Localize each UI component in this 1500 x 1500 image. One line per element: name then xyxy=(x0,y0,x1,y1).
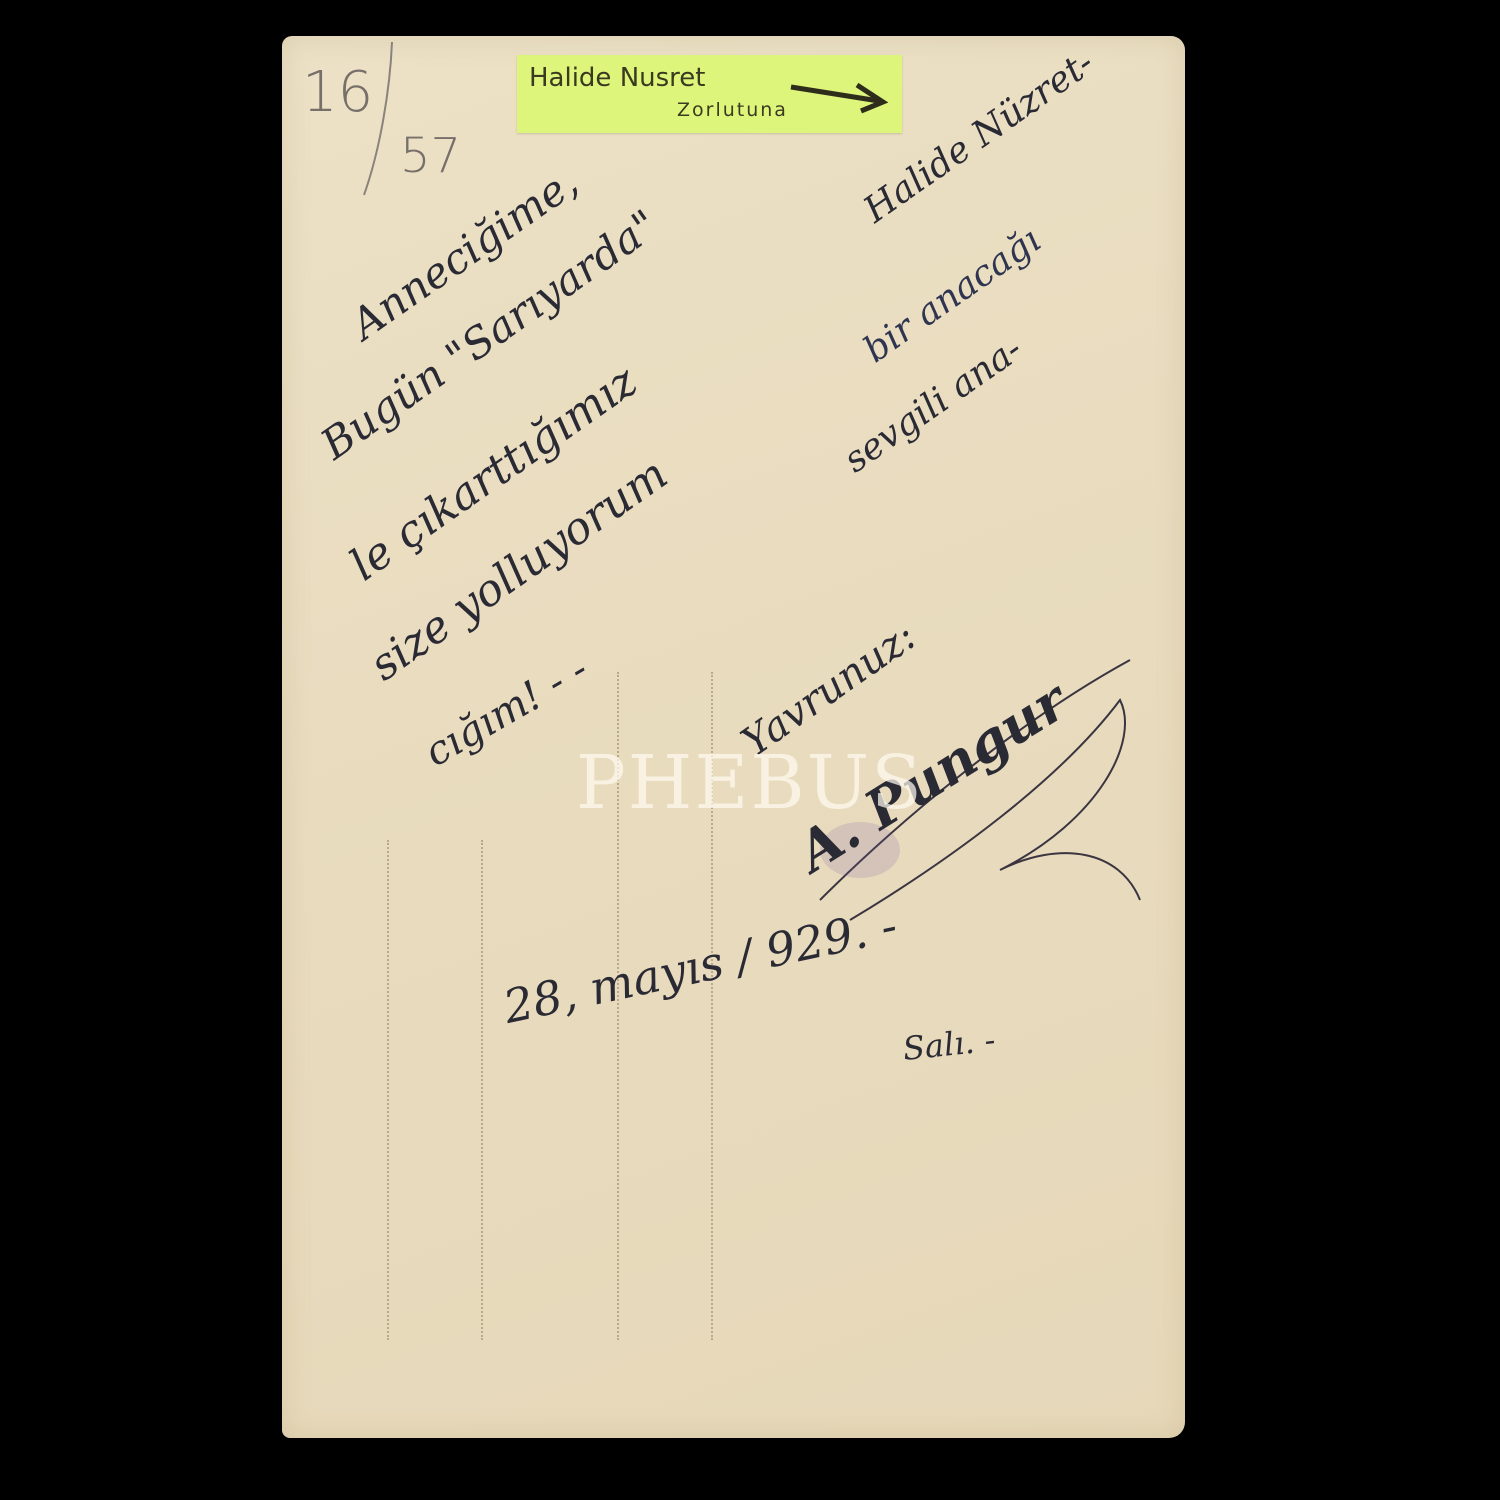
watermark: PHEBUS xyxy=(576,740,924,826)
sticky-note-surname: Zorlutuna xyxy=(677,99,788,121)
address-divider-line xyxy=(481,840,483,1340)
address-divider-line xyxy=(387,840,389,1340)
catalog-number-bottom: 57 xyxy=(400,128,461,184)
sticky-note-name: Halide Nusret xyxy=(529,63,705,93)
arrow-right-icon xyxy=(787,75,897,115)
sticky-note-label: Halide Nusret Zorlutuna xyxy=(517,55,902,133)
catalog-slash-icon xyxy=(360,40,400,200)
